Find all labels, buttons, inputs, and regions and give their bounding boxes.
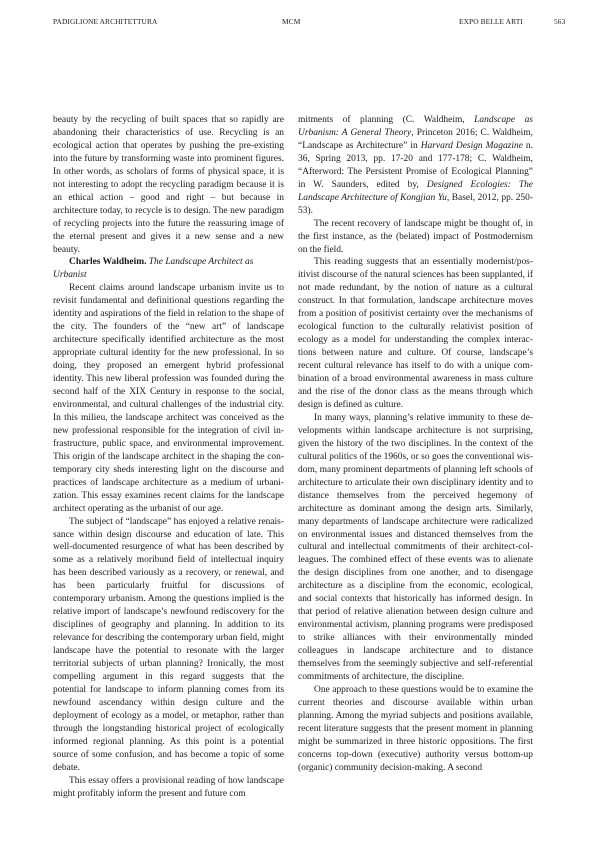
paragraph-urban-planning-oppositions: One approach to these questions would be… (298, 684, 533, 775)
page-number: 563 (554, 17, 565, 26)
paragraph-planning-immunity: In many ways, planning’s relative immuni… (298, 412, 533, 684)
section-heading: Charles Waldheim. The Landscape Architec… (53, 256, 284, 282)
running-header: PADIGLIONE ARCHITETTURA MCM EXPO BELLE A… (0, 17, 592, 31)
reference-text: mitments of planning (C. Waldheim, (298, 115, 474, 125)
paragraph-recycling-continued: beauty by the recycling of built spaces … (53, 114, 284, 256)
left-text-column: beauty by the recycling of built spaces … (53, 114, 284, 801)
paragraph-postmodernism: The recent recovery of landscape might b… (298, 218, 533, 257)
paragraph-landscape-urbanism-intro: Recent claims around landscape urbanism … (53, 282, 284, 515)
right-text-column: mitments of planning (C. Waldheim, Lands… (298, 114, 533, 775)
paragraph-landscape-renaissance: The subject of “landscape” has enjoyed a… (53, 516, 284, 775)
header-section-title: PADIGLIONE ARCHITETTURA (53, 17, 157, 26)
paragraph-nature-as-construct: This reading suggests that an essentiall… (298, 256, 533, 411)
reference-magazine-title: Harvard Design Magazine (421, 141, 523, 151)
section-author: Charles Waldheim. (69, 257, 146, 267)
header-publication-title: EXPO BELLE ARTI (459, 17, 523, 26)
paragraph-planning-references: mitments of planning (C. Waldheim, Lands… (298, 114, 533, 218)
paragraph-provisional-reading: This essay offers a provisional reading … (53, 775, 284, 801)
header-center-label: MCM (282, 17, 300, 26)
